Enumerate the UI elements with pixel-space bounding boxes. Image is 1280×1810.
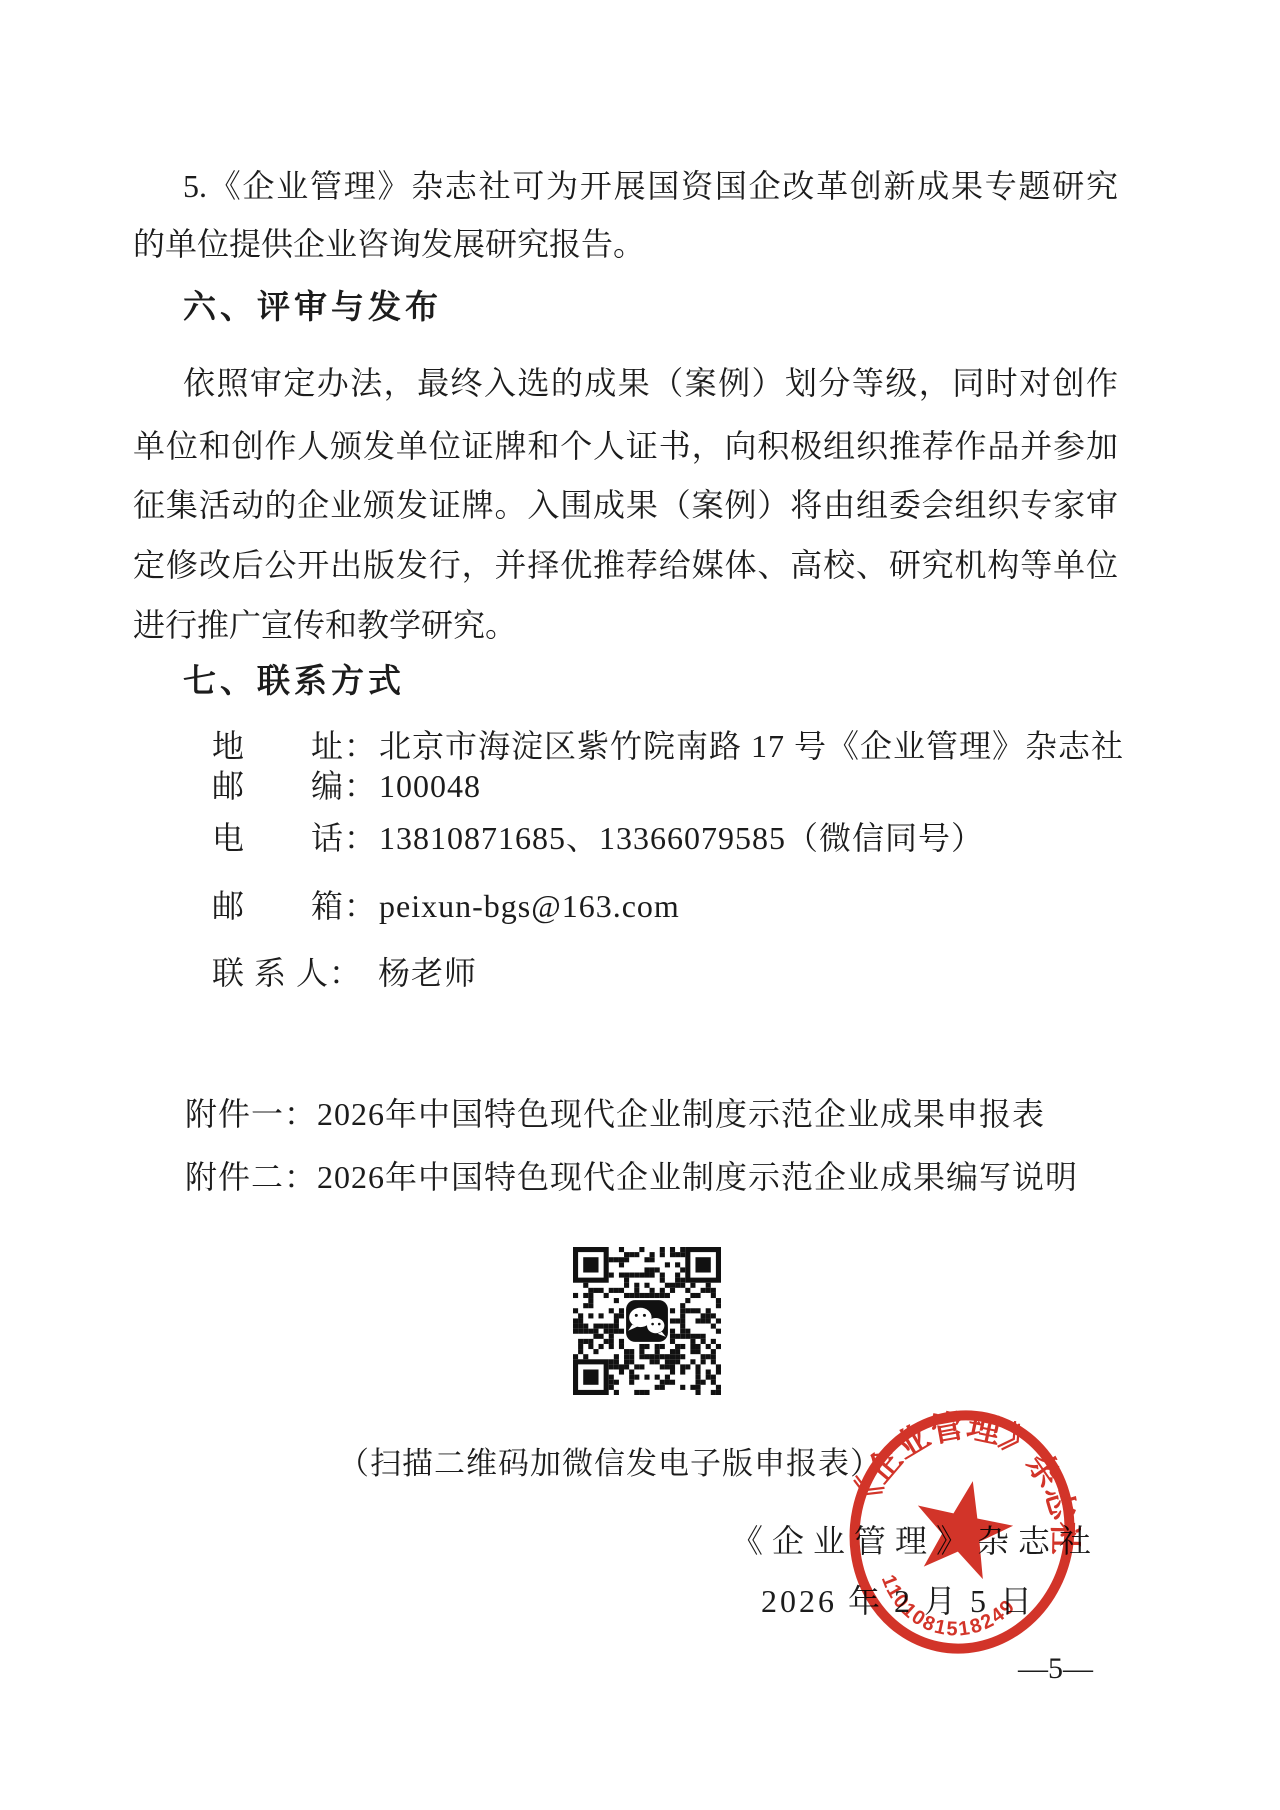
review-paragraph-line-4: 定修改后公开出版发行，并择优推荐给媒体、高校、研究机构等单位 (133, 545, 1118, 585)
contact-value-email: peixun-bgs@163.com (379, 888, 680, 924)
contact-label-email: 邮 箱： (212, 888, 377, 924)
attachment-item-1: 附件一：2026年中国特色现代企业制度示范企业成果申报表 (185, 1094, 1170, 1134)
contact-row-phone: 电 话：13810871685、13366079585（微信同号） (212, 818, 1197, 858)
contact-value-phone: 13810871685、13366079585（微信同号） (379, 820, 984, 856)
section-heading-contact-label: 七、联系方式 (183, 662, 405, 699)
qr-code-image (573, 1247, 721, 1395)
review-paragraph-line-3: 征集活动的企业颁发证牌。入围成果（案例）将由组委会组织专家审 (133, 485, 1118, 525)
star-icon (906, 1471, 1021, 1583)
contact-label-postcode: 邮 编： (212, 768, 377, 804)
contact-label-address: 地 址： (212, 728, 377, 764)
wechat-qr-code (573, 1247, 721, 1395)
paragraph-5-line-1: 5.《企业管理》杂志社可为开展国资国企改革创新成果专题研究 (133, 166, 1118, 206)
section-heading-contact: 七、联系方式 (133, 661, 1118, 701)
contact-row-person: 联 系 人：杨老师 (212, 953, 1197, 993)
contact-row-postcode: 邮 编：100048 (212, 766, 1197, 806)
contact-row-address: 地 址：北京市海淀区紫竹院南路 17 号《企业管理》杂志社 (212, 726, 1197, 766)
qr-caption: （扫描二维码加微信发电子版申报表） (338, 1438, 882, 1483)
review-paragraph-line-1: 依照审定办法，最终入选的成果（案例）划分等级，同时对创作 (133, 363, 1118, 403)
contact-value-address: 北京市海淀区紫竹院南路 17 号《企业管理》杂志社 (379, 728, 1124, 764)
review-paragraph-line-5: 进行推广宣传和教学研究。 (133, 605, 1118, 645)
paragraph-5-line-2: 的单位提供企业咨询发展研究报告。 (133, 224, 1118, 264)
official-stamp: 《企业管理》杂志社 1101081518249 (843, 1404, 1081, 1660)
review-paragraph-line-2: 单位和创作人颁发单位证牌和个人证书，向积极组织推荐作品并参加 (133, 426, 1118, 466)
attachment-item-2: 附件二：2026年中国特色现代企业制度示范企业成果编写说明 (185, 1157, 1170, 1197)
contact-value-postcode: 100048 (379, 768, 481, 804)
section-heading-review-label: 六、评审与发布 (183, 288, 442, 325)
contact-value-person: 杨老师 (378, 955, 477, 991)
contact-row-email: 邮 箱：peixun-bgs@163.com (212, 886, 1197, 926)
section-heading-review: 六、评审与发布 (133, 287, 1118, 327)
contact-label-phone: 电 话： (212, 820, 377, 856)
page-number: —5— (1018, 1652, 1093, 1686)
contact-label-person: 联 系 人： (212, 955, 362, 991)
document-page: 5.《企业管理》杂志社可为开展国资国企改革创新成果专题研究 的单位提供企业咨询发… (0, 0, 1280, 1810)
